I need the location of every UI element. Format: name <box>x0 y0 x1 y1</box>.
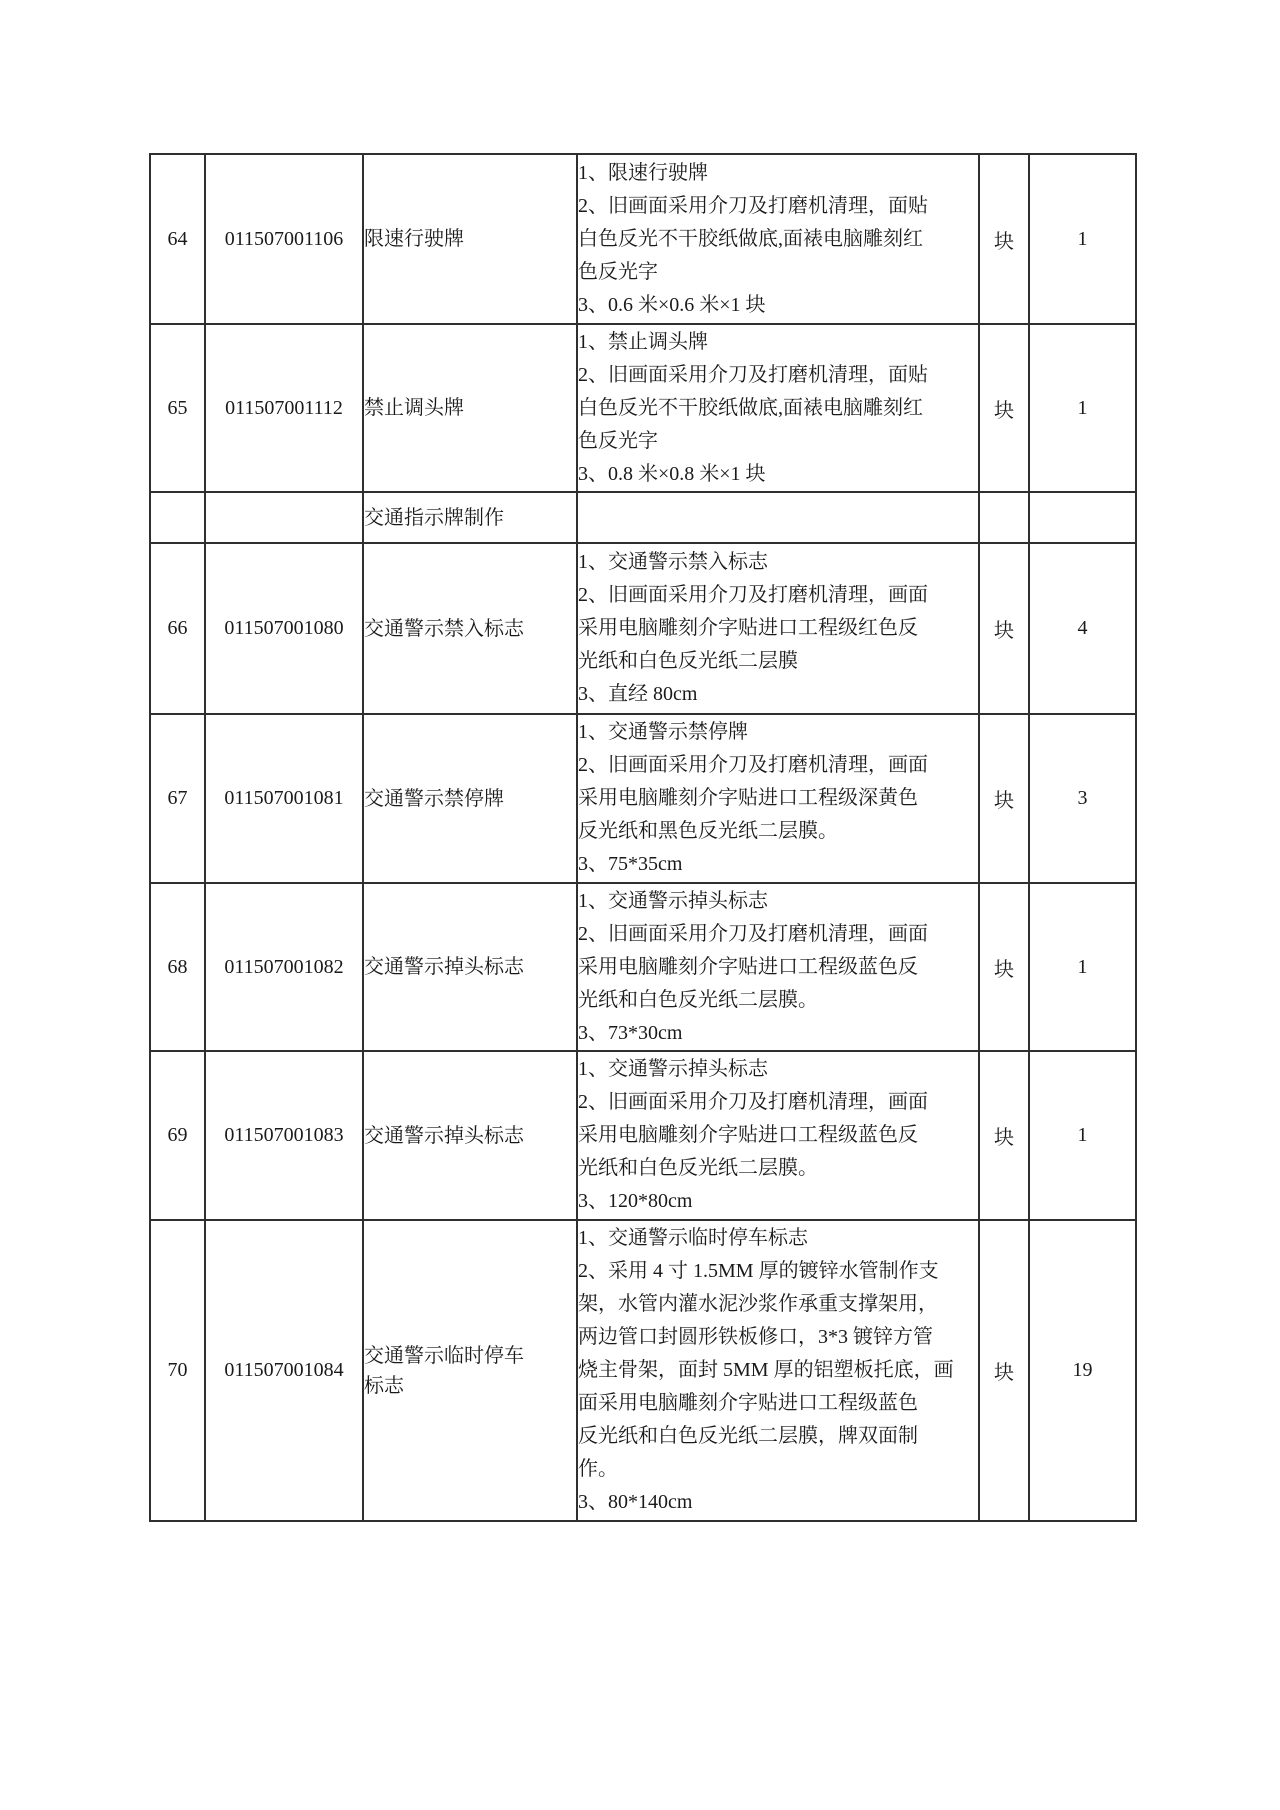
row-number-cell: 64 <box>150 154 205 324</box>
unit-cell: 块 <box>979 543 1029 714</box>
item-code-cell: 011507001106 <box>205 154 363 324</box>
table-row: 64 011507001106 限速行驶牌 1、限速行驶牌 2、旧画面采用介刀及… <box>150 154 1136 324</box>
row-number-cell: 67 <box>150 714 205 883</box>
item-name-cell: 交通警示临时停车 标志 <box>363 1220 577 1521</box>
items-table: 64 011507001106 限速行驶牌 1、限速行驶牌 2、旧画面采用介刀及… <box>149 153 1137 1522</box>
section-header-row: 交通指示牌制作 <box>150 492 1136 543</box>
unit-cell: 块 <box>979 1051 1029 1220</box>
item-code-cell: 011507001081 <box>205 714 363 883</box>
quantity-cell: 3 <box>1029 714 1136 883</box>
section-title: 交通指示牌制作 <box>363 492 577 543</box>
item-name-cell: 交通警示禁停牌 <box>363 714 577 883</box>
description-cell: 1、交通警示掉头标志 2、旧画面采用介刀及打磨机清理，画面 采用电脑雕刻介字贴进… <box>577 1051 979 1220</box>
quantity-cell: 4 <box>1029 543 1136 714</box>
row-number-cell: 65 <box>150 324 205 492</box>
item-code-cell: 011507001112 <box>205 324 363 492</box>
item-name-cell: 交通警示掉头标志 <box>363 883 577 1051</box>
row-number-cell: 66 <box>150 543 205 714</box>
row-number-cell: 68 <box>150 883 205 1051</box>
description-cell: 1、交通警示掉头标志 2、旧画面采用介刀及打磨机清理，画面 采用电脑雕刻介字贴进… <box>577 883 979 1051</box>
unit-cell: 块 <box>979 714 1029 883</box>
item-code-cell <box>205 492 363 543</box>
item-code-cell: 011507001082 <box>205 883 363 1051</box>
unit-cell: 块 <box>979 883 1029 1051</box>
description-cell: 1、交通警示禁停牌 2、旧画面采用介刀及打磨机清理，画面 采用电脑雕刻介字贴进口… <box>577 714 979 883</box>
unit-cell: 块 <box>979 324 1029 492</box>
description-cell: 1、限速行驶牌 2、旧画面采用介刀及打磨机清理，面贴 白色反光不干胶纸做底,面裱… <box>577 154 979 324</box>
table-row: 65 011507001112 禁止调头牌 1、禁止调头牌 2、旧画面采用介刀及… <box>150 324 1136 492</box>
quantity-cell: 19 <box>1029 1220 1136 1521</box>
row-number-cell <box>150 492 205 543</box>
item-name-cell: 交通警示掉头标志 <box>363 1051 577 1220</box>
table-row: 68 011507001082 交通警示掉头标志 1、交通警示掉头标志 2、旧画… <box>150 883 1136 1051</box>
item-name-cell: 禁止调头牌 <box>363 324 577 492</box>
unit-cell: 块 <box>979 1220 1029 1521</box>
item-code-cell: 011507001080 <box>205 543 363 714</box>
description-cell: 1、禁止调头牌 2、旧画面采用介刀及打磨机清理，面贴 白色反光不干胶纸做底,面裱… <box>577 324 979 492</box>
row-number-cell: 70 <box>150 1220 205 1521</box>
unit-cell <box>979 492 1029 543</box>
quantity-cell: 1 <box>1029 324 1136 492</box>
item-name-cell: 限速行驶牌 <box>363 154 577 324</box>
description-cell: 1、交通警示临时停车标志 2、采用 4 寸 1.5MM 厚的镀锌水管制作支 架，… <box>577 1220 979 1521</box>
table-row: 67 011507001081 交通警示禁停牌 1、交通警示禁停牌 2、旧画面采… <box>150 714 1136 883</box>
item-code-cell: 011507001084 <box>205 1220 363 1521</box>
description-cell: 1、交通警示禁入标志 2、旧画面采用介刀及打磨机清理，画面 采用电脑雕刻介字贴进… <box>577 543 979 714</box>
item-code-cell: 011507001083 <box>205 1051 363 1220</box>
quantity-cell: 1 <box>1029 883 1136 1051</box>
quantity-cell: 1 <box>1029 1051 1136 1220</box>
row-number-cell: 69 <box>150 1051 205 1220</box>
unit-cell: 块 <box>979 154 1029 324</box>
quantity-cell <box>1029 492 1136 543</box>
document-page: 64 011507001106 限速行驶牌 1、限速行驶牌 2、旧画面采用介刀及… <box>0 0 1280 1810</box>
description-cell <box>577 492 979 543</box>
quantity-cell: 1 <box>1029 154 1136 324</box>
item-name-cell: 交通警示禁入标志 <box>363 543 577 714</box>
table-row: 70 011507001084 交通警示临时停车 标志 1、交通警示临时停车标志… <box>150 1220 1136 1521</box>
table-row: 66 011507001080 交通警示禁入标志 1、交通警示禁入标志 2、旧画… <box>150 543 1136 714</box>
table-row: 69 011507001083 交通警示掉头标志 1、交通警示掉头标志 2、旧画… <box>150 1051 1136 1220</box>
